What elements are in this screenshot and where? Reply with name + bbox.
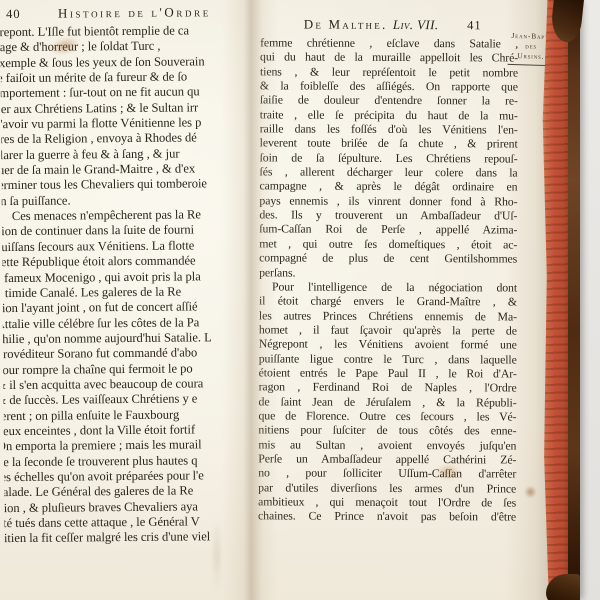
text-line: il étoit chargé envers le Grand-Maître ,…: [259, 294, 517, 309]
text-line: qui du haut de la muraille appelloit les…: [260, 50, 518, 65]
text-line: femme chrétienne , eſclave dans Satalie …: [260, 35, 518, 50]
text-line: pays ennemis , ils vinrent donner fond à…: [259, 193, 517, 208]
text-line: Négrepont , les Vénitiens avoient formé …: [259, 337, 517, 352]
left-text-column: grepont. L'Iſle fut bientôt remplie de c…: [0, 23, 259, 547]
text-line: ſaiſie de douleur d'entendre ſonner la r…: [260, 93, 518, 108]
text-line: par d'utiles diverſions les armes d'un P…: [258, 480, 516, 495]
book-photo: 40 Histoire de l'Ordre grepont. L'Iſle f…: [0, 0, 600, 600]
text-line: no , pour ſolliciter Uſſum-Caſſan d'arrê…: [258, 466, 516, 481]
text-line: ſum-Caſſan Roi de Perſe , appellé Azima-: [259, 222, 517, 237]
text-line: traite , elle ſe précipita du haut de la…: [260, 107, 518, 122]
text-line: des. Ils y trouverent un Ambaſſadeur d'U…: [259, 207, 517, 222]
left-running-title: Histoire de l'Ordre: [21, 4, 249, 22]
right-running-title-main: De Malthe.: [304, 17, 388, 32]
text-line: Perſe un Ambaſſadeur appellé Cathérini Z…: [258, 451, 516, 466]
right-running-head: De Malthe. Liv. VII. 41: [255, 16, 517, 33]
right-text-column: femme chrétienne , eſclave dans Satalie …: [253, 35, 518, 524]
text-line: mis au Sultan , avoient envoyés juſqu'en: [258, 437, 516, 452]
text-line: ragon , Ferdinand Roi de Naples , l'Ordr…: [259, 380, 517, 395]
text-line: campagne , & après le dégât ordinaire en: [259, 179, 517, 194]
left-page: 40 Histoire de l'Ordre grepont. L'Iſle f…: [0, 0, 259, 600]
text-line: tiens , & leur repréſentoit le petit nom…: [260, 64, 518, 79]
text-line: que de Florence. Outre ces ſecours , les…: [258, 408, 516, 423]
text-line: nitien la fit ceſſer malgré les cris d'u…: [0, 529, 259, 547]
text-line: leverent toute briſée de ſa chute , & pr…: [260, 136, 518, 151]
right-page: De Malthe. Liv. VII. 41 Jean-Bapt.desUrs…: [253, 0, 556, 600]
text-line: & la foibleſſe des aſſiégés. On rapporte…: [260, 78, 518, 93]
left-page-number: 40: [6, 7, 21, 22]
right-running-title-book: Liv. VII.: [393, 17, 439, 32]
leather-cover-edge: [568, 0, 580, 600]
text-line: homet , il faut ſçavoir qu'après la pert…: [259, 322, 517, 337]
left-running-head: 40 Histoire de l'Ordre: [0, 0, 254, 22]
text-line: ambitieux , qui menaçoit tout l'Ordre de…: [258, 494, 516, 509]
text-line: puiſſante ligue contre le Turc , dans la…: [259, 351, 517, 366]
text-line: raille dans les foſſés d'où les Vénitien…: [260, 121, 518, 136]
text-line: ſoin de ſa ſépulture. Les Chrétiens repo…: [260, 150, 518, 165]
text-line: étoient entrés le Pape Paul II , le Roi …: [259, 365, 517, 380]
text-line: nitiens pour ſuſciter de tous côtés des …: [258, 423, 516, 438]
text-line: chaines. Ce Prince n'avoit pas beſoin d'…: [258, 509, 516, 524]
text-line: compagné de plus de cent Gentilshommes: [259, 251, 517, 266]
text-line: ſés , allerent décharger leur colere dan…: [260, 164, 518, 179]
text-line: met , qui outre ſes domeſtiques , étoit …: [259, 236, 517, 251]
text-line: perſans.: [259, 265, 517, 280]
right-page-number: 41: [467, 18, 482, 33]
text-line: de ſaint Jean de Jéruſalem , & la Républ…: [259, 394, 517, 409]
text-line: les autres Princes Chrétiens ennemis de …: [259, 308, 517, 323]
text-line: Pour l'intelligence de la négociation do…: [259, 279, 517, 294]
